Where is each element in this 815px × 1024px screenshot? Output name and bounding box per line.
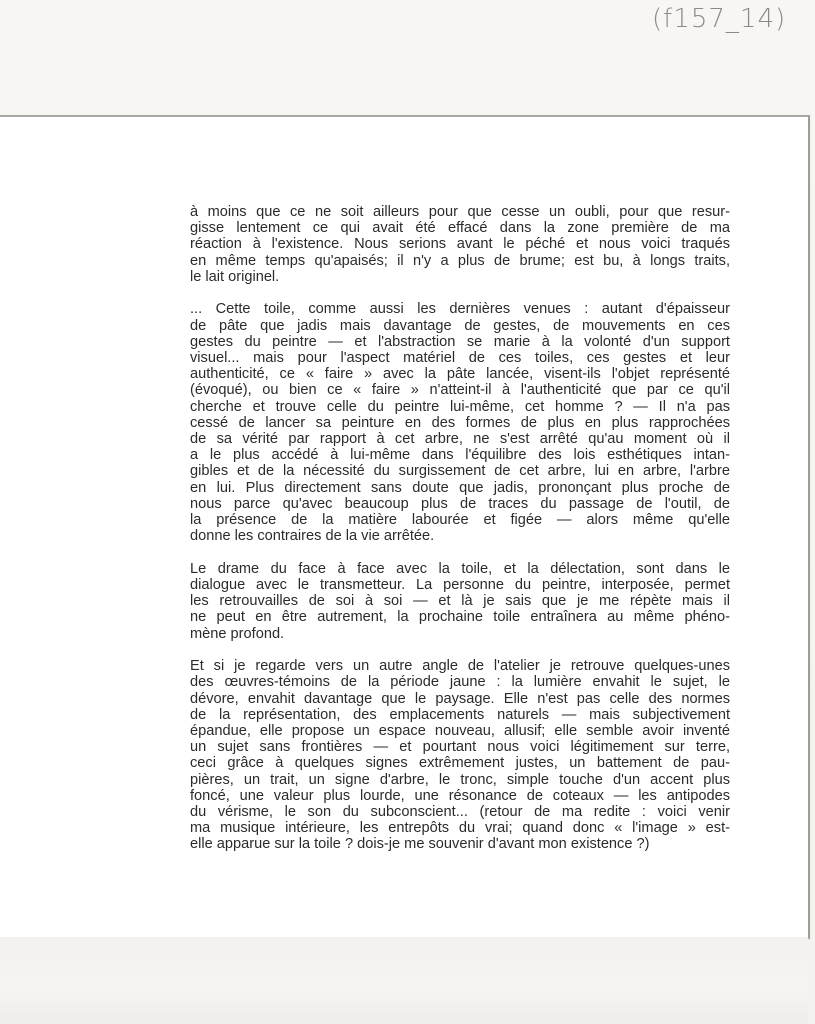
- text-line: cherche et trouve celle du peintre lui-m…: [190, 399, 730, 415]
- document-page: à moins que ce ne soit ailleurs pour que…: [0, 115, 810, 939]
- text-line: ceci grâce à quelques signes extrêmement…: [190, 755, 730, 771]
- text-line: ne peut en être autrement, la prochaine …: [190, 609, 730, 625]
- text-line: ... Cette toile, comme aussi les dernièr…: [190, 301, 730, 317]
- text-line: en lui. Plus directement sans doute que …: [190, 480, 730, 496]
- paragraph-3: Le drame du face à face avec la toile, e…: [190, 561, 730, 642]
- text-line: réaction à l'existence. Nous serions ava…: [190, 236, 730, 252]
- paragraph-2: ... Cette toile, comme aussi les dernièr…: [190, 301, 730, 544]
- text-line: Et si je regarde vers un autre angle de …: [190, 658, 730, 674]
- body-text: à moins que ce ne soit ailleurs pour que…: [190, 204, 730, 869]
- paragraph-4: Et si je regarde vers un autre angle de …: [190, 658, 730, 852]
- text-line: mène profond.: [190, 626, 730, 642]
- text-line: dialogue avec le transmetteur. La person…: [190, 577, 730, 593]
- archive-reference-handwritten: (f157_14): [652, 4, 786, 34]
- text-line: des œuvres-témoins de la période jaune :…: [190, 674, 730, 690]
- text-line: gisse lentement ce qui avait été effacé …: [190, 220, 730, 236]
- text-line: de la représentation, des emplacements n…: [190, 707, 730, 723]
- text-line: Le drame du face à face avec la toile, e…: [190, 561, 730, 577]
- text-line: nous parce qu'avec beaucoup plus de trac…: [190, 496, 730, 512]
- scan-bottom-margin: [0, 937, 808, 1024]
- text-line: de sa vérité par rapport à cet arbre, ne…: [190, 431, 730, 447]
- text-line: visuel... mais pour l'aspect matériel de…: [190, 350, 730, 366]
- text-line: ma musique intérieure, les entrepôts du …: [190, 820, 730, 836]
- text-line: authenticité, ce « faire » avec la pâte …: [190, 366, 730, 382]
- paragraph-1: à moins que ce ne soit ailleurs pour que…: [190, 204, 730, 285]
- text-line: épandue, elle propose un espace nouveau,…: [190, 723, 730, 739]
- text-line: a le plus accédé à lui-même dans l'équil…: [190, 447, 730, 463]
- text-line: dévore, envahit davantage que le paysage…: [190, 691, 730, 707]
- text-line: elle apparue sur la toile ? dois-je me s…: [190, 836, 730, 852]
- text-line: le lait originel.: [190, 269, 730, 285]
- text-line: gibles et de la nécessité du surgissemen…: [190, 463, 730, 479]
- text-line: en même temps qu'apaisés; il n'y a plus …: [190, 253, 730, 269]
- text-line: cessé de lancer sa peinture en des forme…: [190, 415, 730, 431]
- text-line: les retrouvailles de soi à soi — et là j…: [190, 593, 730, 609]
- text-line: gestes du peintre — et l'abstraction se …: [190, 334, 730, 350]
- text-line: donne les contraires de la vie arrêtée.: [190, 528, 730, 544]
- text-line: foncé, une valeur plus lourde, une réson…: [190, 788, 730, 804]
- text-line: (évoqué), ou bien ce « faire » n'atteint…: [190, 382, 730, 398]
- text-line: la présence de la matière labourée et fi…: [190, 512, 730, 528]
- text-line: pières, un trait, un signe d'arbre, le t…: [190, 772, 730, 788]
- text-line: de pâte que jadis mais davantage de gest…: [190, 318, 730, 334]
- text-line: du vérisme, le son du subconscient... (r…: [190, 804, 730, 820]
- text-line: à moins que ce ne soit ailleurs pour que…: [190, 204, 730, 220]
- text-line: un sujet sans frontières — et pourtant n…: [190, 739, 730, 755]
